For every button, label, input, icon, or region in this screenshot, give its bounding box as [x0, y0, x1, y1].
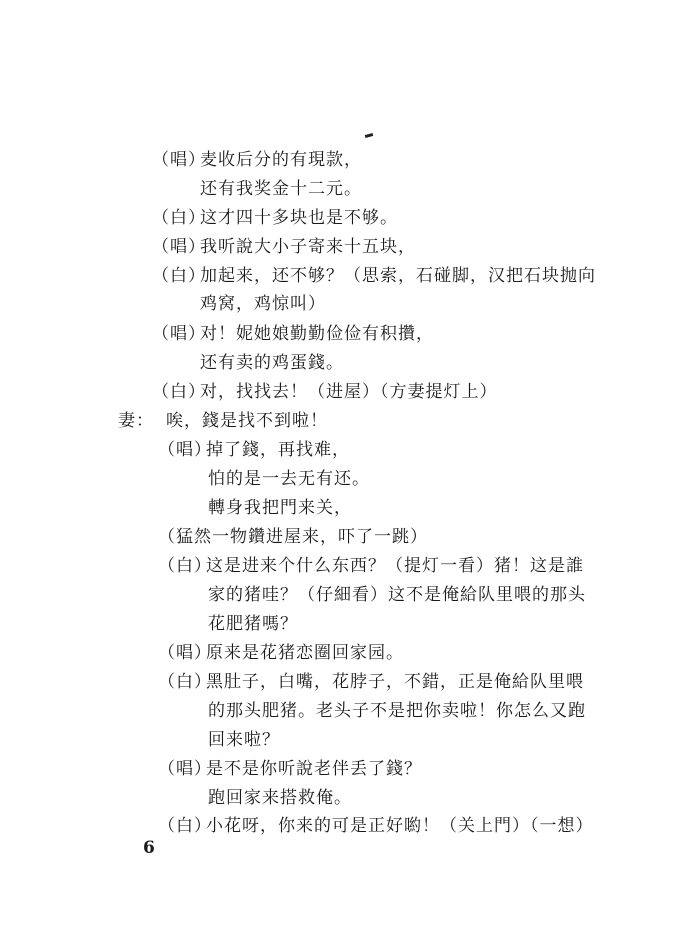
speaker-tag: （白）: [152, 265, 200, 287]
line-text: 家的猪哇？（仔細看）这不是俺給队里喂的那头: [208, 585, 586, 605]
speaker-tag: （唱）: [158, 758, 206, 780]
speaker-tag: （唱）: [158, 439, 206, 461]
script-line: 家的猪哇？（仔細看）这不是俺給队里喂的那头: [208, 584, 586, 606]
line-text: 我听說大小子寄来十五块，: [200, 237, 416, 257]
line-text: 掉了錢，再找难，: [206, 440, 350, 460]
line-text: 黑肚子，白嘴，花脖子，不錯，正是俺給队里喂: [206, 672, 584, 692]
script-line: （白）加起来，还不够？（思索，石碰脚，汉把石块抛向: [152, 265, 596, 287]
script-line: 的那头肥猪。老头子不是把你卖啦！你怎么又跑: [208, 700, 586, 722]
script-line: （白）黑肚子，白嘴，花脖子，不錯，正是俺給队里喂: [158, 671, 584, 693]
script-line: 还有我奖金十二元。: [200, 178, 362, 200]
script-line: （唱）掉了錢，再找难，: [158, 439, 350, 461]
line-text: 还有我奖金十二元。: [200, 179, 362, 199]
script-line: （唱）麦收后分的有現款，: [152, 149, 362, 171]
line-text: 这是进来个什么东西？（提灯一看）猪！这是誰: [206, 556, 584, 576]
script-line: （猛然一物鑽进屋来，吓了一跳）: [158, 526, 428, 548]
script-line: 回来啦？: [208, 729, 280, 751]
line-text: 这才四十多块也是不够。: [200, 208, 398, 228]
line-text: 跑回家来搭救俺。: [208, 788, 352, 808]
line-text: 加起来，还不够？（思索，石碰脚，汉把石块抛向: [200, 266, 596, 286]
speaker-tag: （白）: [158, 815, 206, 837]
print-mark: [365, 133, 374, 138]
line-text: 麦收后分的有現款，: [200, 150, 362, 170]
line-text: 是不是你听說老伴丢了錢？: [206, 759, 422, 779]
script-line: 鸡窝，鸡惊叫）: [200, 293, 326, 315]
script-line: （唱）原来是花猪恋圈回家园。: [158, 642, 404, 664]
script-line: 跑回家来搭救俺。: [208, 787, 352, 809]
page-number: 6: [143, 838, 155, 858]
line-text: 鸡窝，鸡惊叫）: [200, 294, 326, 314]
script-line: 怕的是一去无有还。: [208, 468, 370, 490]
script-line: （唱）是不是你听說老伴丢了錢？: [158, 758, 422, 780]
line-text: 轉身我把門来关，: [208, 498, 352, 518]
speaker-tag: （唱）: [152, 323, 200, 345]
speaker-tag: （唱）: [158, 642, 206, 664]
line-text: 唉，錢是找不到啦！: [166, 411, 328, 431]
script-line: 轉身我把門来关，: [208, 497, 352, 519]
line-text: （猛然一物鑽进屋来，吓了一跳）: [158, 527, 428, 547]
line-text: 还有卖的鸡蛋錢。: [200, 353, 344, 373]
speaker-tag: （白）: [158, 555, 206, 577]
line-text: 的那头肥猪。老头子不是把你卖啦！你怎么又跑: [208, 701, 586, 721]
speaker-tag: （唱）: [152, 236, 200, 258]
script-line: （白）对，找找去！（进屋）（方妻提灯上）: [152, 381, 498, 403]
line-text: 原来是花猪恋圈回家园。: [206, 643, 404, 663]
script-line: （白）这才四十多块也是不够。: [152, 207, 398, 229]
script-line: （唱）我听說大小子寄来十五块，: [152, 236, 416, 258]
line-text: 怕的是一去无有还。: [208, 469, 370, 489]
speaker-tag: （白）: [152, 381, 200, 403]
script-line: （白）这是进来个什么东西？（提灯一看）猪！这是誰: [158, 555, 584, 577]
line-text: 对！妮她娘勤勤俭俭有积攢，: [200, 324, 434, 344]
script-line: （唱）对！妮她娘勤勤俭俭有积攢，: [152, 323, 434, 345]
speaker-tag: 妻：: [118, 410, 166, 432]
script-line: 还有卖的鸡蛋錢。: [200, 352, 344, 374]
script-line: （白）小花呀，你来的可是正好喲！（关上門）（一想）: [158, 815, 594, 837]
line-text: 小花呀，你来的可是正好喲！（关上門）（一想）: [206, 816, 594, 836]
speaker-tag: （唱）: [152, 149, 200, 171]
script-line: 花肥猪嗎？: [208, 613, 298, 635]
line-text: 回来啦？: [208, 730, 280, 750]
line-text: 对，找找去！（进屋）（方妻提灯上）: [200, 382, 498, 402]
script-line: 妻：唉，錢是找不到啦！: [118, 410, 328, 432]
line-text: 花肥猪嗎？: [208, 614, 298, 634]
speaker-tag: （白）: [152, 207, 200, 229]
speaker-tag: （白）: [158, 671, 206, 693]
